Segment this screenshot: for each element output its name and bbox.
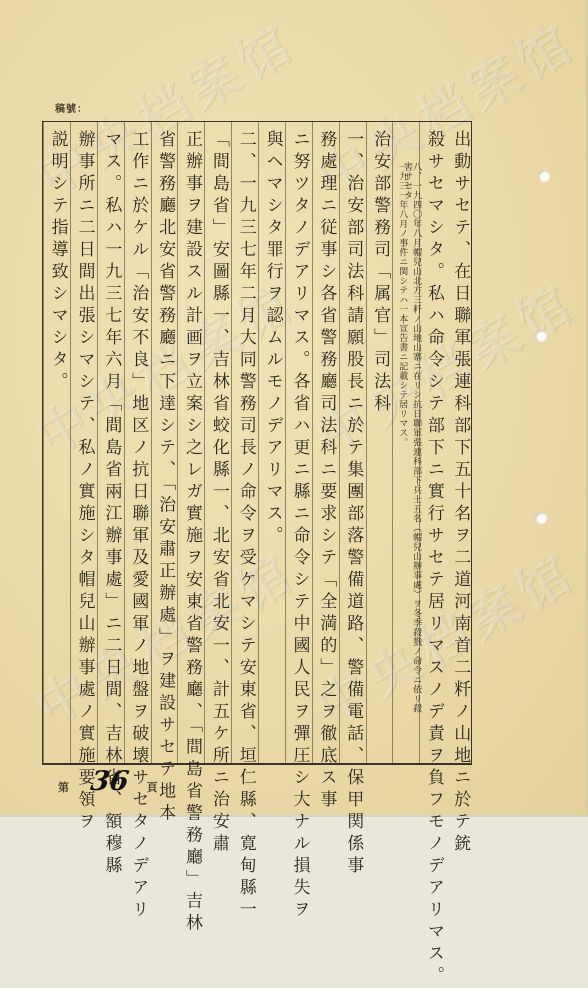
manuscript-column: 「間島省」安圖縣一、吉林省蛟化縣一、北安省北安一、計五ケ所ニ治安肅: [204, 122, 231, 763]
handwritten-line: 工作ニ於ケル「治安不良」地区ノ抗日聯軍及愛國軍ノ地盤ヲ破壊サセタノデアリ: [129, 130, 146, 817]
handwritten-line: 一九三一年八月ノ事件ニ関シテハ一本宣告書ニ記載シテ居リマス。: [397, 162, 406, 722]
handwritten-line: 治安部警務司「属官」司法科: [371, 130, 388, 416]
manuscript-column: 正辦事ヲ建設スル計画ヲ立案シ之レガ實施ヲ安東省警務廳、「間島省警務廳」吉林: [177, 122, 204, 763]
handwritten-line: マス。私ハ一九三七年六月「間島省兩江辦事處」ニ二日間、吉林省、額穆縣: [102, 130, 119, 817]
manuscript-column: 治安部警務司「属官」司法科: [366, 122, 393, 763]
handwritten-line: 二、一九三七年二月大同警務司長ノ命令ヲ受ケマシテ安東省、垣仁縣、寛甸縣一: [237, 130, 254, 817]
manuscript-column: マス。私ハ一九三七年六月「間島省兩江辦事處」ニ二日間、吉林省、額穆縣: [97, 122, 124, 763]
manuscript-column: 工作ニ於ケル「治安不良」地区ノ抗日聯軍及愛國軍ノ地盤ヲ破壊サセタノデアリ: [124, 122, 151, 763]
manuscript-column: 八、一九四〇年八月帽兒山北方三粁ノ山地山寨ニ在リシ抗日聯軍張連科部下兵士五名（帽…: [392, 122, 419, 763]
manuscript-column: 務處理ニ従事シ各省警務廳司法科ニ要求シテ「全満的」之ヲ徹底ス事: [312, 122, 339, 763]
document-page: 中央档案馆 中央档案馆 中央档案馆 中央档案馆 中央档案馆 中央档案馆 稿號： …: [0, 0, 588, 817]
manuscript-column: 説明シテ指導致シマシタ。: [43, 122, 70, 763]
page-footer: 第 36 頁: [58, 768, 158, 795]
manuscript-column: ニ努ツタノデアリマス。各省ハ更ニ縣ニ命令シテ中國人民ヲ彈圧シ大ナル損失ヲ: [285, 122, 312, 763]
page-suffix: 頁: [147, 779, 158, 795]
handwritten-line: 殺サセマシタ。私ハ命令シテ部下ニ實行サセテ居リマスノデ責ヲ負フモノデアリマス。: [425, 130, 442, 817]
handwritten-line: 出動サセテ、在日聯軍張連科部下五十名ヲ二道河南首二粁ノ山地ニ於テ銃: [451, 130, 468, 817]
manuscript-column: 省警務廳北安省警務廳ニ下達シテ、「治安肅正辦處」ヲ建設サセテ地本: [151, 122, 178, 763]
handwritten-line: 説明シテ指導致シマシタ。: [49, 130, 66, 394]
handwritten-line: ニ努ツタノデアリマス。各省ハ更ニ縣ニ命令シテ中國人民ヲ彈圧シ大ナル損失ヲ: [290, 130, 307, 817]
handwritten-line: 正辦事ヲ建設スル計画ヲ立案シ之レガ實施ヲ安東省警務廳、「間島省警務廳」吉林: [183, 130, 200, 817]
manuscript-column: 二、一九三七年二月大同警務司長ノ命令ヲ受ケマシテ安東省、垣仁縣、寛甸縣一: [231, 122, 258, 763]
manuscript-grid: 出動サセテ、在日聯軍張連科部下五十名ヲ二道河南首二粁ノ山地ニ於テ銃殺サセマシタ。…: [42, 121, 472, 765]
handwritten-line: 省警務廳北安省警務廳ニ下達シテ、「治安肅正辦處」ヲ建設サセテ地本: [156, 130, 173, 817]
handwritten-line: 與ヘマシタ罪行ヲ認ムルモノデアリマス。: [264, 130, 281, 548]
manuscript-column: 一、治安部司法科請願股長ニ於テ集團部落警備道路、警備電話、保甲関係事: [339, 122, 366, 763]
manuscript-number-label: 稿號：: [55, 100, 88, 115]
punch-hole: [535, 512, 547, 524]
manuscript-column: 辦事所ニ二日間出張シマシテ、私ノ實施シタ帽兒山辦事處ノ實施要領ヲ: [70, 122, 97, 763]
handwritten-line: 辦事所ニ二日間出張シマシテ、私ノ實施シタ帽兒山辦事處ノ實施要領ヲ: [75, 130, 92, 817]
punch-hole: [535, 330, 547, 342]
manuscript-column: 與ヘマシタ罪行ヲ認ムルモノデアリマス。: [258, 122, 285, 763]
handwritten-line: 一、治安部司法科請願股長ニ於テ集團部落警備道路、警備電話、保甲関係事: [344, 130, 361, 817]
punch-hole: [538, 170, 550, 182]
page-number: 36: [89, 768, 130, 795]
page-prefix: 第: [58, 779, 69, 795]
manuscript-column: 出動サセテ、在日聯軍張連科部下五十名ヲ二道河南首二粁ノ山地ニ於テ銃: [446, 122, 473, 763]
manuscript-column: 殺サセマシタ。私ハ命令シテ部下ニ實行サセテ居リマスノデ責ヲ負フモノデアリマス。: [419, 122, 446, 763]
handwritten-line: 「間島省」安圖縣一、吉林省蛟化縣一、北安省北安一、計五ケ所ニ治安肅: [210, 130, 227, 817]
handwritten-line: 務處理ニ従事シ各省警務廳司法科ニ要求シテ「全満的」之ヲ徹底ス事: [317, 130, 334, 812]
